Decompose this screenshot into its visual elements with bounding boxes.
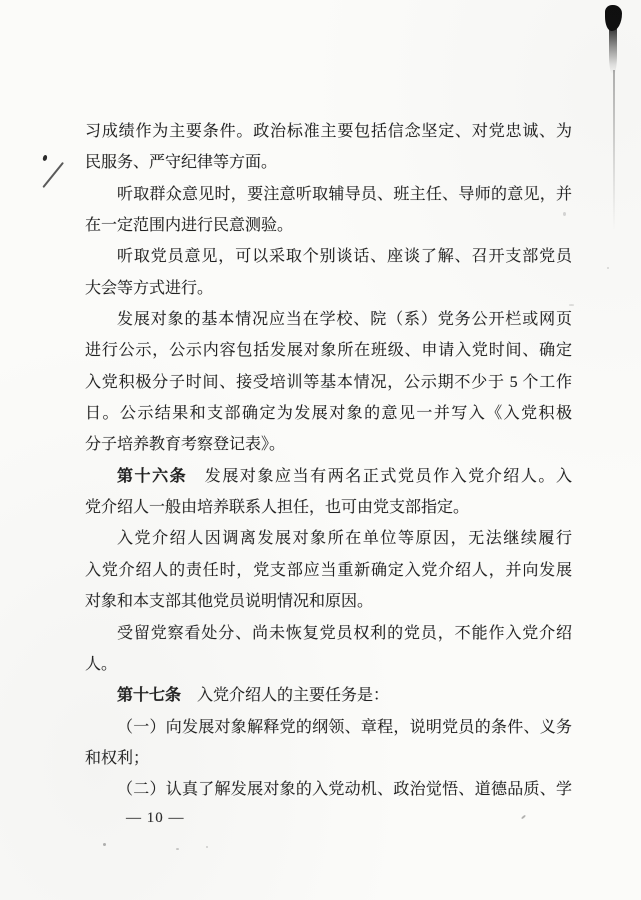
text-line: 和权利； bbox=[85, 743, 572, 774]
text-line: 入党介绍人因调离发展对象所在单位等原因，无法继续履行 bbox=[85, 523, 572, 554]
page-number: — 10 — bbox=[126, 810, 185, 827]
scan-speck bbox=[176, 848, 179, 850]
scan-speck bbox=[206, 846, 208, 848]
scan-speck bbox=[103, 843, 106, 846]
text-line: 听取党员意见，可以采取个别谈话、座谈了解、召开支部党员 bbox=[85, 241, 572, 272]
document-body: 习成绩作为主要条件。政治标准主要包括信念坚定、对党忠诚、为民服务、严守纪律等方面… bbox=[85, 116, 572, 806]
ink-drip-artifact bbox=[609, 26, 617, 74]
text-line: 发展对象的基本情况应当在学校、院（系）党务公开栏或网页 bbox=[85, 304, 572, 335]
scan-speck bbox=[607, 267, 609, 269]
text-line: 民服务、严守纪律等方面。 bbox=[85, 147, 572, 178]
article-number: 第十六条 bbox=[117, 468, 187, 485]
text-line: 第十六条 发展对象应当有两名正式党员作入党介绍人。入 bbox=[85, 461, 572, 492]
scan-speck bbox=[521, 815, 526, 820]
text-line: 人。 bbox=[85, 649, 572, 680]
pen-slash-artifact bbox=[42, 161, 63, 187]
ink-streak-artifact bbox=[613, 70, 615, 230]
text-line: 分子培养教育考察登记表》。 bbox=[85, 429, 572, 460]
text-line: 入党积极分子时间、接受培训等基本情况，公示期不少于 5 个工作 bbox=[85, 367, 572, 398]
text-line: 大会等方式进行。 bbox=[85, 273, 572, 304]
text-line: 第十七条 入党介绍人的主要任务是： bbox=[85, 680, 572, 711]
text-line: 习成绩作为主要条件。政治标准主要包括信念坚定、对党忠诚、为 bbox=[85, 116, 572, 147]
text-line: （一）向发展对象解释党的纲领、章程，说明党员的条件、义务 bbox=[85, 712, 572, 743]
article-number: 第十七条 bbox=[117, 687, 181, 704]
text-line: 党介绍人一般由培养联系人担任，也可由党支部指定。 bbox=[85, 492, 572, 523]
text-line: 日。公示结果和支部确定为发展对象的意见一并写入《入党积极 bbox=[85, 398, 572, 429]
text-line: 受留党察看处分、尚未恢复党员权利的党员，不能作入党介绍 bbox=[85, 618, 572, 649]
text-line: 在一定范围内进行民意测验。 bbox=[85, 210, 572, 241]
text-line: 对象和本支部其他党员说明情况和原因。 bbox=[85, 586, 572, 617]
text-line: 听取群众意见时，要注意听取辅导员、班主任、导师的意见，并 bbox=[85, 179, 572, 210]
pen-dot-artifact bbox=[42, 154, 48, 161]
text-line: 进行公示，公示内容包括发展对象所在班级、申请入党时间、确定 bbox=[85, 335, 572, 366]
text-line: （二）认真了解发展对象的入党动机、政治觉悟、道德品质、学 bbox=[85, 774, 572, 805]
document-page: 习成绩作为主要条件。政治标准主要包括信念坚定、对党忠诚、为民服务、严守纪律等方面… bbox=[0, 0, 641, 900]
text-line: 入党介绍人的责任时，党支部应当重新确定入党介绍人，并向发展 bbox=[85, 555, 572, 586]
